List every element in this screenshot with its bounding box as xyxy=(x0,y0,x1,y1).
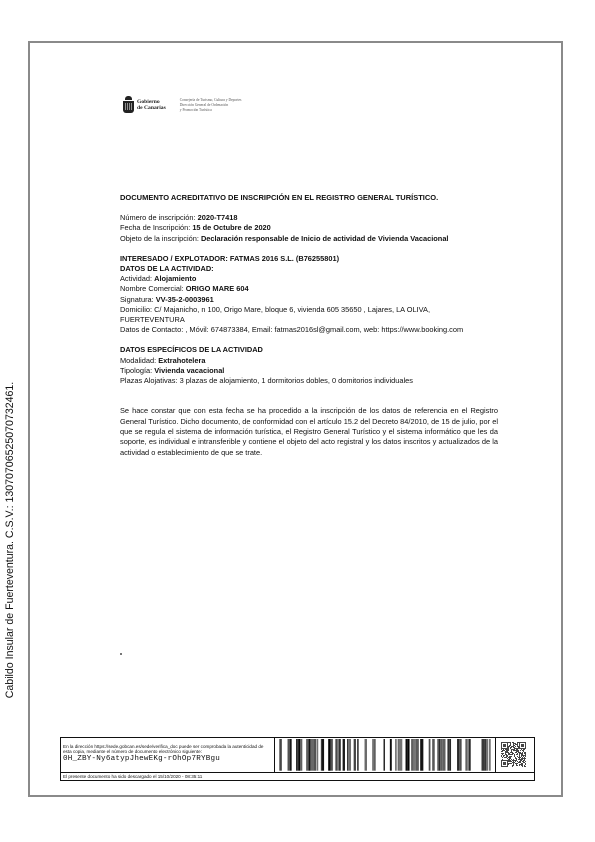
actividad-field: Actividad: Alojamiento xyxy=(120,274,498,284)
barcode xyxy=(274,738,496,772)
datos-actividad-heading: DATOS DE LA ACTIVIDAD: xyxy=(120,264,498,274)
document-title: DOCUMENTO ACREDITATIVO DE INSCRIPCIÓN EN… xyxy=(120,193,498,203)
csv-stamp-text: Cabildo Insular de Fuerteventura. C.S.V.… xyxy=(4,382,16,698)
document-header: Gobierno de Canarias Consejería de Turis… xyxy=(123,94,241,116)
legal-paragraph: Se hace constar que con esta fecha se ha… xyxy=(120,406,498,458)
contacto-field: Datos de Contacto: , Móvil: 674873384, E… xyxy=(120,325,498,335)
domicilio-field: Domicilio: C/ Majanicho, n 100, Origo Ma… xyxy=(120,305,465,325)
especificos-heading: DATOS ESPECÍFICOS DE LA ACTIVIDAD xyxy=(120,345,498,355)
registration-number: Número de inscripción: 2020-T7418 xyxy=(120,213,498,223)
verification-text: En la dirección https://sede.gobcan.es/s… xyxy=(63,744,269,754)
interesado-heading: INTERESADO / EXPLOTADOR: FATMAS 2016 S.L… xyxy=(120,254,498,264)
download-note: El presente documento ha sido descargado… xyxy=(63,773,202,781)
signatura-field: Signatura: VV-35-2-0003961 xyxy=(120,295,498,305)
nombre-comercial-field: Nombre Comercial: ORIGO MARE 604 xyxy=(120,284,498,294)
verification-info: En la dirección https://sede.gobcan.es/s… xyxy=(63,744,269,764)
modalidad-field: Modalidad: Extrahotelera xyxy=(120,356,498,366)
registration-object: Objeto de la inscripción: Declaración re… xyxy=(120,234,498,244)
registration-date: Fecha de Inscripción: 15 de Octubre de 2… xyxy=(120,223,498,233)
document-body: DOCUMENTO ACREDITATIVO DE INSCRIPCIÓN EN… xyxy=(120,193,498,458)
qr-code xyxy=(501,742,526,767)
department-text: Consejería de Turismo, Cultura y Deporte… xyxy=(180,98,242,113)
canarias-crest-icon xyxy=(123,96,134,114)
tipologia-field: Tipología: Vivienda vacacional xyxy=(120,366,498,376)
plazas-field: Plazas Alojativas: 3 plazas de alojamien… xyxy=(120,376,498,386)
gov-logo-text: Gobierno de Canarias xyxy=(137,99,166,111)
stray-mark xyxy=(120,653,122,655)
csv-code: 0H_ZBY-Ny6atypJhewEKg-rOhOp7RYBgu xyxy=(63,755,269,764)
side-verification-stamp: Cabildo Insular de Fuerteventura. C.S.V.… xyxy=(0,330,20,750)
verification-footer: En la dirección https://sede.gobcan.es/s… xyxy=(60,737,535,781)
